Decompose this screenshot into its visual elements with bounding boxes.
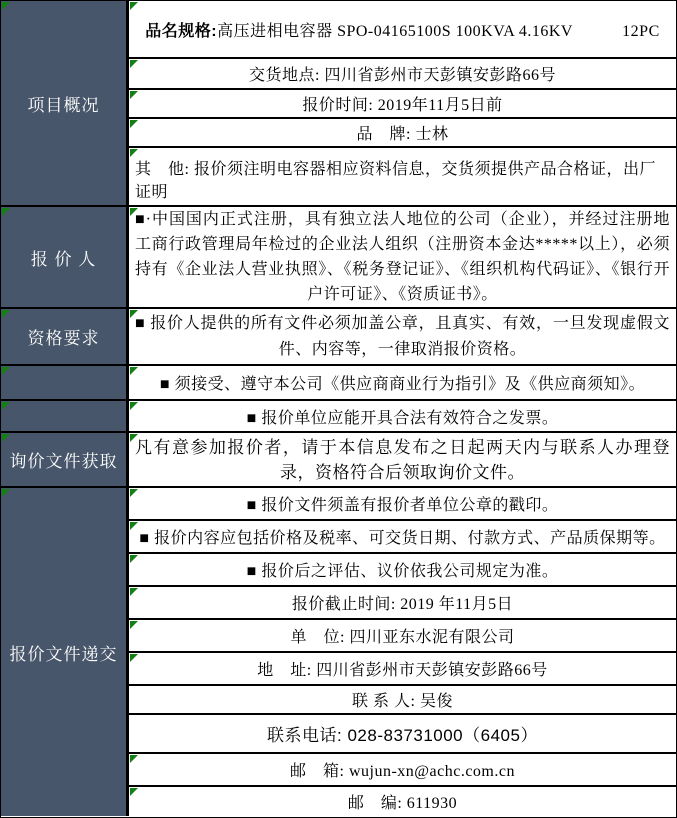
section-header-quote-doc-submission: 报价文件递交 (1, 486, 129, 816)
green-corner-marker-icon (130, 120, 138, 128)
cell-text: 地 址: 四川省彭州市天彭镇安彭路66号 (257, 662, 547, 679)
cell-text: 邮 编: 611930 (348, 795, 457, 812)
green-corner-marker-icon (130, 522, 138, 530)
cell-content: 交货地点: 四川省彭州市天彭镇安彭路66号 (129, 62, 676, 85)
cell-text: 报价截止时间: 2019 年11月5日 (292, 596, 513, 613)
green-corner-marker-icon (130, 788, 138, 796)
row-company: 单 位: 四川亚东水泥有限公司 (129, 618, 676, 651)
cell-content: ■ 须接受、遵守本公司《供应商商业行为指引》及《供应商须知》。 (129, 371, 676, 394)
cell-text: 高压进相电容器 SPO-04165100S 100KVA 4.16KV 12PC (217, 23, 660, 40)
cell-content: 联 系 人: 吴俊 (129, 688, 676, 711)
row-bidder-requirements: ■·中国国内正式注册，具有独立法人地位的公司（企业），并经过注册地工商行政管理局… (129, 205, 676, 307)
green-corner-marker-icon (130, 434, 138, 442)
cell-content: ■ 报价单位应能开具合法有效符合之发票。 (129, 405, 676, 428)
cell-content: 报价时间: 2019年11月5日前 (129, 92, 676, 115)
cell-text: 凡有意参加报价者，请于本信息发布之日起两天内与联系人办理登录，资格符合后领取询价… (135, 438, 670, 482)
cell-content: 地 址: 四川省彭州市天彭镇安彭路66号 (129, 657, 676, 680)
cell-text: ■ 报价人提供的所有文件必须加盖公章，且真实、有效，一旦发现虚假文件、内容等，一… (135, 315, 670, 358)
green-corner-marker-icon (130, 60, 138, 68)
section-label: 报价文件递交 (10, 640, 118, 665)
green-corner-marker-icon (130, 91, 138, 99)
row-email: 邮 箱: wujun-xn@achc.com.cn (129, 752, 676, 785)
cell-text: 单 位: 四川亚东水泥有限公司 (291, 629, 515, 646)
cell-content: 邮 编: 611930 (129, 790, 676, 813)
row-evaluation: ■ 报价后之评估、议价依我公司规定为准。 (129, 552, 676, 585)
cell-content: 凡有意参加报价者，请于本信息发布之日起两天内与联系人办理登录，资格符合后领取询价… (129, 435, 676, 485)
green-corner-marker-icon (130, 402, 138, 410)
cell-content: 品名规格:高压进相电容器 SPO-04165100S 100KVA 4.16KV… (129, 18, 676, 41)
row-postcode: 邮 编: 611930 (129, 785, 676, 816)
quotation-table: 项目概况报 价 人资格要求询价文件获取报价文件递交品名规格:高压进相电容器 SP… (0, 0, 677, 818)
cell-content: 其 他: 报价须注明电容器相应资料信息，交货须提供产品合格证，出厂证明 (135, 156, 672, 202)
green-corner-marker-icon (130, 621, 138, 629)
row-seal: ■ 报价文件须盖有报价者单位公章的戳印。 (129, 486, 676, 519)
cell-text: 邮 箱: wujun-xn@achc.com.cn (290, 763, 515, 780)
green-corner-marker-icon (130, 555, 138, 563)
cell-content: 邮 箱: wujun-xn@achc.com.cn (129, 758, 676, 781)
cell-text: ■ 报价单位应能开具合法有效符合之发票。 (247, 410, 559, 427)
row-other: 其 他: 报价须注明电容器相应资料信息，交货须提供产品合格证，出厂证明 (129, 146, 676, 205)
green-corner-marker-icon (2, 310, 10, 318)
green-corner-marker-icon (130, 208, 138, 216)
row-phone: 联系电话: 028-83731000（6405） (129, 713, 676, 752)
green-corner-marker-icon (130, 588, 138, 596)
section-label: 询价文件获取 (10, 447, 118, 472)
row-delivery-place: 交货地点: 四川省彭州市天彭镇安彭路66号 (129, 57, 676, 88)
green-corner-marker-icon (2, 208, 10, 216)
section-header-qualification-requirements: 资格要求 (1, 307, 129, 364)
green-corner-marker-icon (130, 149, 138, 157)
row-product-spec: 品名规格:高压进相电容器 SPO-04165100S 100KVA 4.16KV… (129, 1, 676, 57)
cell-text: 品 牌: 士林 (357, 126, 449, 143)
green-corner-marker-icon (130, 310, 138, 318)
section-header-blank-2 (1, 399, 129, 431)
cell-content: ■ 报价人提供的所有文件必须加盖公章，且真实、有效，一旦发现虚假文件、内容等，一… (129, 311, 676, 363)
cell-text: 联系电话: 028-83731000（6405） (267, 726, 538, 745)
cell-content: ■ 报价文件须盖有报价者单位公章的戳印。 (129, 492, 676, 515)
cell-content: ■·中国国内正式注册，具有独立法人地位的公司（企业），并经过注册地工商行政管理局… (129, 207, 676, 307)
cell-text: 交货地点: 四川省彭州市天彭镇安彭路66号 (249, 67, 556, 84)
green-corner-marker-icon (130, 654, 138, 662)
section-header-project-overview: 项目概况 (1, 1, 129, 205)
cell-content: ■ 报价内容应包括价格及税率、可交货日期、付款方式、产品质保期等。 (129, 525, 676, 548)
cell-text: ■ 须接受、遵守本公司《供应商商业行为指引》及《供应商须知》。 (160, 376, 645, 393)
row-supplier-guideline: ■ 须接受、遵守本公司《供应商商业行为指引》及《供应商须知》。 (129, 364, 676, 399)
green-corner-marker-icon (2, 434, 10, 442)
field-label: 品名规格: (145, 23, 217, 40)
cell-text: ■·中国国内正式注册，具有独立法人地位的公司（企业），并经过注册地工商行政管理局… (135, 211, 670, 303)
section-label: 项目概况 (28, 91, 100, 116)
green-corner-marker-icon (130, 755, 138, 763)
cell-text: ■ 报价内容应包括价格及税率、可交货日期、付款方式、产品质保期等。 (139, 530, 665, 547)
cell-content: 单 位: 四川亚东水泥有限公司 (129, 624, 676, 647)
green-corner-marker-icon (130, 489, 138, 497)
row-contact: 联 系 人: 吴俊 (129, 684, 676, 713)
row-qualification: ■ 报价人提供的所有文件必须加盖公章，且真实、有效，一旦发现虚假文件、内容等，一… (129, 307, 676, 364)
green-corner-marker-icon (2, 2, 10, 10)
green-corner-marker-icon (2, 489, 10, 497)
section-label: 资格要求 (28, 324, 100, 349)
cell-text: 报价时间: 2019年11月5日前 (302, 97, 502, 114)
row-quote-time: 报价时间: 2019年11月5日前 (129, 88, 676, 117)
green-corner-marker-icon (130, 367, 138, 375)
cell-text: 其 他: 报价须注明电容器相应资料信息，交货须提供产品合格证，出厂证明 (135, 161, 656, 201)
section-label: 报 价 人 (31, 245, 96, 270)
row-invoice: ■ 报价单位应能开具合法有效符合之发票。 (129, 399, 676, 431)
section-header-blank-1 (1, 364, 129, 399)
green-corner-marker-icon (2, 402, 10, 410)
document-page: 项目概况报 价 人资格要求询价文件获取报价文件递交品名规格:高压进相电容器 SP… (0, 0, 677, 818)
row-obtain-info: 凡有意参加报价者，请于本信息发布之日起两天内与联系人办理登录，资格符合后领取询价… (129, 431, 676, 486)
section-header-inquiry-doc-obtain: 询价文件获取 (1, 431, 129, 486)
cell-text: 联 系 人: 吴俊 (352, 693, 453, 710)
row-quote-content: ■ 报价内容应包括价格及税率、可交货日期、付款方式、产品质保期等。 (129, 519, 676, 552)
cell-content: ■ 报价后之评估、议价依我公司规定为准。 (129, 558, 676, 581)
cell-text: ■ 报价文件须盖有报价者单位公章的戳印。 (247, 497, 559, 514)
green-corner-marker-icon (2, 367, 10, 375)
row-deadline: 报价截止时间: 2019 年11月5日 (129, 585, 676, 618)
cell-content: 报价截止时间: 2019 年11月5日 (129, 591, 676, 614)
row-brand: 品 牌: 士林 (129, 117, 676, 146)
cell-content: 联系电话: 028-83731000（6405） (129, 721, 676, 746)
row-address: 地 址: 四川省彭州市天彭镇安彭路66号 (129, 651, 676, 684)
cell-text: ■ 报价后之评估、议价依我公司规定为准。 (247, 563, 559, 580)
section-header-bidder: 报 价 人 (1, 205, 129, 307)
cell-content: 品 牌: 士林 (129, 121, 676, 144)
green-corner-marker-icon (130, 2, 138, 10)
